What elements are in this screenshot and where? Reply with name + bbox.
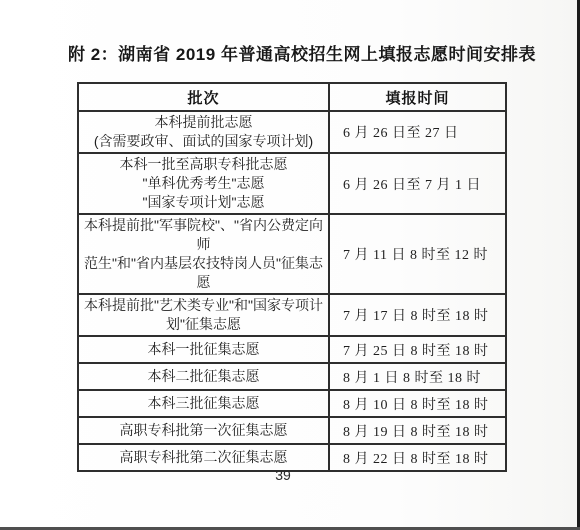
table-row: 本科一批至高职专科批志愿"单科优秀考生"志愿"国家专项计划"志愿6 月 26 日… <box>78 153 506 214</box>
batch-cell: 本科提前批"军事院校"、"省内公费定向师范生"和"省内基层农技特岗人员"征集志愿 <box>78 214 329 294</box>
batch-line: 划"征集志愿 <box>83 315 324 334</box>
batch-line: (含需要政审、面试的国家专项计划) <box>83 132 324 151</box>
table-row: 高职专科批第一次征集志愿8 月 19 日 8 时至 18 时 <box>78 417 506 444</box>
time-cell: 8 月 19 日 8 时至 18 时 <box>329 417 506 444</box>
table-row: 本科提前批"军事院校"、"省内公费定向师范生"和"省内基层农技特岗人员"征集志愿… <box>78 214 506 294</box>
table-row: 本科三批征集志愿8 月 10 日 8 时至 18 时 <box>78 390 506 417</box>
batch-cell: 本科一批征集志愿 <box>78 336 329 363</box>
table-row: 本科提前批志愿(含需要政审、面试的国家专项计划)6 月 26 日至 27 日 <box>78 111 506 153</box>
batch-line: 高职专科批第二次征集志愿 <box>83 448 324 467</box>
table-row: 本科提前批"艺术类专业"和"国家专项计划"征集志愿7 月 17 日 8 时至 1… <box>78 294 506 336</box>
batch-cell: 本科三批征集志愿 <box>78 390 329 417</box>
column-header-time: 填报时间 <box>329 83 506 111</box>
batch-line: 愿 <box>83 273 324 292</box>
batch-line: 本科二批征集志愿 <box>83 367 324 386</box>
table-header-row: 批次 填报时间 <box>78 83 506 111</box>
page-number: 39 <box>0 467 566 483</box>
document-page: 附 2：湖南省 2019 年普通高校招生网上填报志愿时间安排表 批次 填报时间 … <box>0 0 580 530</box>
batch-line: "单科优秀考生"志愿 <box>83 174 324 193</box>
batch-line: "国家专项计划"志愿 <box>83 193 324 212</box>
column-header-batch: 批次 <box>78 83 329 111</box>
batch-line: 本科提前批"艺术类专业"和"国家专项计 <box>83 296 324 315</box>
table-row: 本科一批征集志愿7 月 25 日 8 时至 18 时 <box>78 336 506 363</box>
time-cell: 7 月 25 日 8 时至 18 时 <box>329 336 506 363</box>
batch-line: 范生"和"省内基层农技特岗人员"征集志 <box>83 254 324 273</box>
batch-cell: 本科一批至高职专科批志愿"单科优秀考生"志愿"国家专项计划"志愿 <box>78 153 329 214</box>
batch-line: 本科提前批"军事院校"、"省内公费定向师 <box>83 216 324 254</box>
batch-cell: 本科二批征集志愿 <box>78 363 329 390</box>
schedule-table-body: 本科提前批志愿(含需要政审、面试的国家专项计划)6 月 26 日至 27 日本科… <box>78 111 506 471</box>
batch-line: 高职专科批第一次征集志愿 <box>83 421 324 440</box>
document-title: 附 2：湖南省 2019 年普通高校招生网上填报志愿时间安排表 <box>68 40 536 65</box>
time-cell: 8 月 1 日 8 时至 18 时 <box>329 363 506 390</box>
batch-line: 本科三批征集志愿 <box>83 394 324 413</box>
time-cell: 6 月 26 日至 7 月 1 日 <box>329 153 506 214</box>
schedule-table: 批次 填报时间 本科提前批志愿(含需要政审、面试的国家专项计划)6 月 26 日… <box>77 82 507 472</box>
table-row: 本科二批征集志愿8 月 1 日 8 时至 18 时 <box>78 363 506 390</box>
batch-line: 本科一批征集志愿 <box>83 340 324 359</box>
batch-cell: 本科提前批志愿(含需要政审、面试的国家专项计划) <box>78 111 329 153</box>
time-cell: 7 月 17 日 8 时至 18 时 <box>329 294 506 336</box>
time-cell: 6 月 26 日至 27 日 <box>329 111 506 153</box>
batch-line: 本科提前批志愿 <box>83 113 324 132</box>
batch-cell: 本科提前批"艺术类专业"和"国家专项计划"征集志愿 <box>78 294 329 336</box>
batch-cell: 高职专科批第一次征集志愿 <box>78 417 329 444</box>
time-cell: 7 月 11 日 8 时至 12 时 <box>329 214 506 294</box>
batch-line: 本科一批至高职专科批志愿 <box>83 155 324 174</box>
time-cell: 8 月 10 日 8 时至 18 时 <box>329 390 506 417</box>
